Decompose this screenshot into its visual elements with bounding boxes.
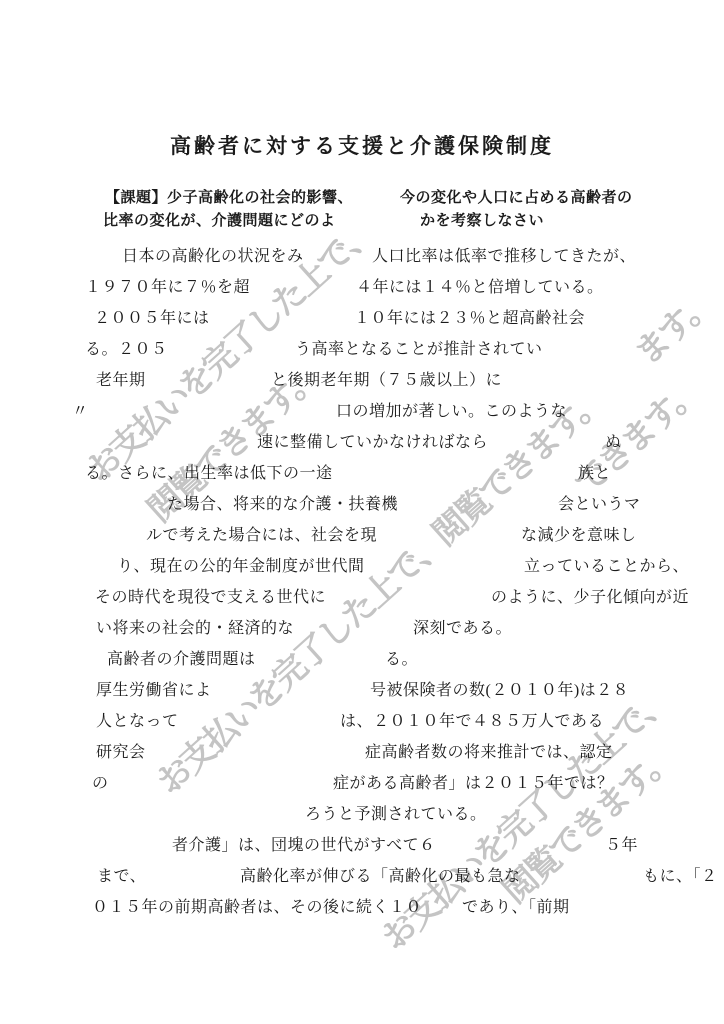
text-fragment: る。さらに、出生率は低下の一途 [85,460,333,483]
text-fragment: のように、少子化傾向が近 [491,584,689,607]
text-fragment: う高率となることが推計されてい [295,336,543,359]
text-fragment: 症がある高齢者」は２０１５年では？ [333,770,614,793]
text-fragment: であり、「前期 [462,894,570,917]
text-line: の症がある高齢者」は２０１５年では？ [0,770,724,792]
text-fragment: 高齢者の介護問題は [107,646,256,669]
text-fragment: な減少を意味し [521,522,637,545]
text-fragment: もに、「２ [643,863,718,886]
text-line: 人となっては、２０１０年で４８５万人である [0,708,724,730]
text-line: まで、高齢化率が伸びる「高齢化の最も急なもに、「２ [0,863,724,885]
text-fragment: ろうと予測されている。 [305,801,487,824]
text-fragment: 者介護」は、団塊の世代がすべて６ [172,832,436,855]
text-fragment: 立っていることから、 [524,553,689,576]
text-fragment: 日本の高齢化の状況をみ [122,243,304,266]
text-fragment: 速に整備していかなければなら [257,429,488,452]
text-line: 厚生労働省によ号被保険者の数(２０１０年)は２８ [0,677,724,699]
text-line: ルで考えた場合には、社会を現な減少を意味し [0,522,724,544]
text-line: る。さらに、出生率は低下の一途族と [0,460,724,482]
text-line: その時代を現役で支える世代にのように、少子化傾向が近 [0,584,724,606]
text-line: い将来の社会的・経済的な深刻である。 [0,615,724,637]
text-fragment: ４年には１４％と倍増している。 [356,274,604,297]
text-fragment: 人となって [96,708,179,731]
text-fragment: る。 [385,646,418,669]
text-fragment: と後期老年期（７５歳以上）に [271,367,502,390]
text-fragment: る。２０５ [85,336,168,359]
text-fragment: 老年期 [96,367,146,390]
text-fragment: 深刻である。 [413,615,512,638]
text-fragment: 症高齢者数の将来推計では、認定 [365,739,613,762]
text-line: た場合、将来的な介護・扶養機会というマ [0,491,724,513]
text-line: 【課題】少子高齢化の社会的影響、今の変化や人口に占める高齢者の [0,186,724,208]
text-fragment: り、現在の公的年金制度が世代間 [117,553,365,576]
text-fragment: の [92,770,109,793]
text-fragment: ２００５年には [94,305,210,328]
text-line: ろうと予測されている。 [0,801,724,823]
text-line: 速に整備していかなければならぬ [0,429,724,451]
text-line: ０１５年の前期高齢者は、その後に続く１０であり、「前期 [0,894,724,916]
text-line: 〃口の増加が著しい。このような [0,398,724,420]
text-line: 高齢者の介護問題はる。 [0,646,724,668]
text-fragment: まで、 [97,863,146,886]
text-line: 老年期と後期老年期（７５歳以上）に [0,367,724,389]
text-fragment: 比率の変化が、介護問題にどのよ [103,209,336,230]
text-fragment: ルで考えた場合には、社会を現 [146,522,377,545]
text-line: 者介護」は、団塊の世代がすべて６５年 [0,832,724,854]
text-fragment: ０１５年の前期高齢者は、その後に続く１０ [92,894,422,917]
text-fragment: 会というマ [558,491,641,514]
document-content: 高齢者に対する支援と介護保険制度 【課題】少子高齢化の社会的影響、今の変化や人口… [0,0,724,1024]
text-fragment: その時代を現役で支える世代に [95,584,326,607]
text-line: 比率の変化が、介護問題にどのよかを考察しなさい [0,209,724,231]
text-fragment: 厚生労働省によ [96,677,212,700]
text-fragment: ぬ [605,429,622,452]
page-title: 高齢者に対する支援と介護保険制度 [0,130,724,160]
text-fragment: 高齢化率が伸びる「高齢化の最も急な [240,863,521,886]
text-fragment: 〃 [72,398,89,421]
text-line: 研究会症高齢者数の将来推計では、認定 [0,739,724,761]
document-page: お支払いを完了した上で、閲覧できます。お支払いを完了した上で、閲覧できます。お支… [0,0,724,1024]
text-fragment: 人口比率は低率で推移してきたが、 [372,243,636,266]
text-line: ２００５年には１０年には２３％と超高齢社会 [0,305,724,327]
text-fragment: かを考察しなさい [420,209,544,230]
text-fragment: ５年 [605,832,638,855]
text-fragment: 今の変化や人口に占める高齢者の [400,186,633,207]
text-fragment: は、２０１０年で４８５万人である [340,708,604,731]
text-fragment: １０年には２３％と超高齢社会 [354,305,585,328]
text-fragment: 号被保険者の数(２０１０年)は２８ [370,677,629,700]
text-line: １９７０年に７％を超４年には１４％と倍増している。 [0,274,724,296]
text-fragment: 口の増加が著しい。このような [336,398,567,421]
text-fragment: 【課題】少子高齢化の社会的影響、 [105,186,353,207]
text-line: り、現在の公的年金制度が世代間立っていることから、 [0,553,724,575]
text-fragment: た場合、将来的な介護・扶養機 [167,491,398,514]
text-fragment: １９７０年に７％を超 [85,274,250,297]
text-line: る。２０５う高率となることが推計されてい [0,336,724,358]
text-fragment: 研究会 [96,739,146,762]
text-line: 日本の高齢化の状況をみ人口比率は低率で推移してきたが、 [0,243,724,265]
text-fragment: 族と [578,460,611,483]
text-fragment: い将来の社会的・経済的な [96,615,294,638]
